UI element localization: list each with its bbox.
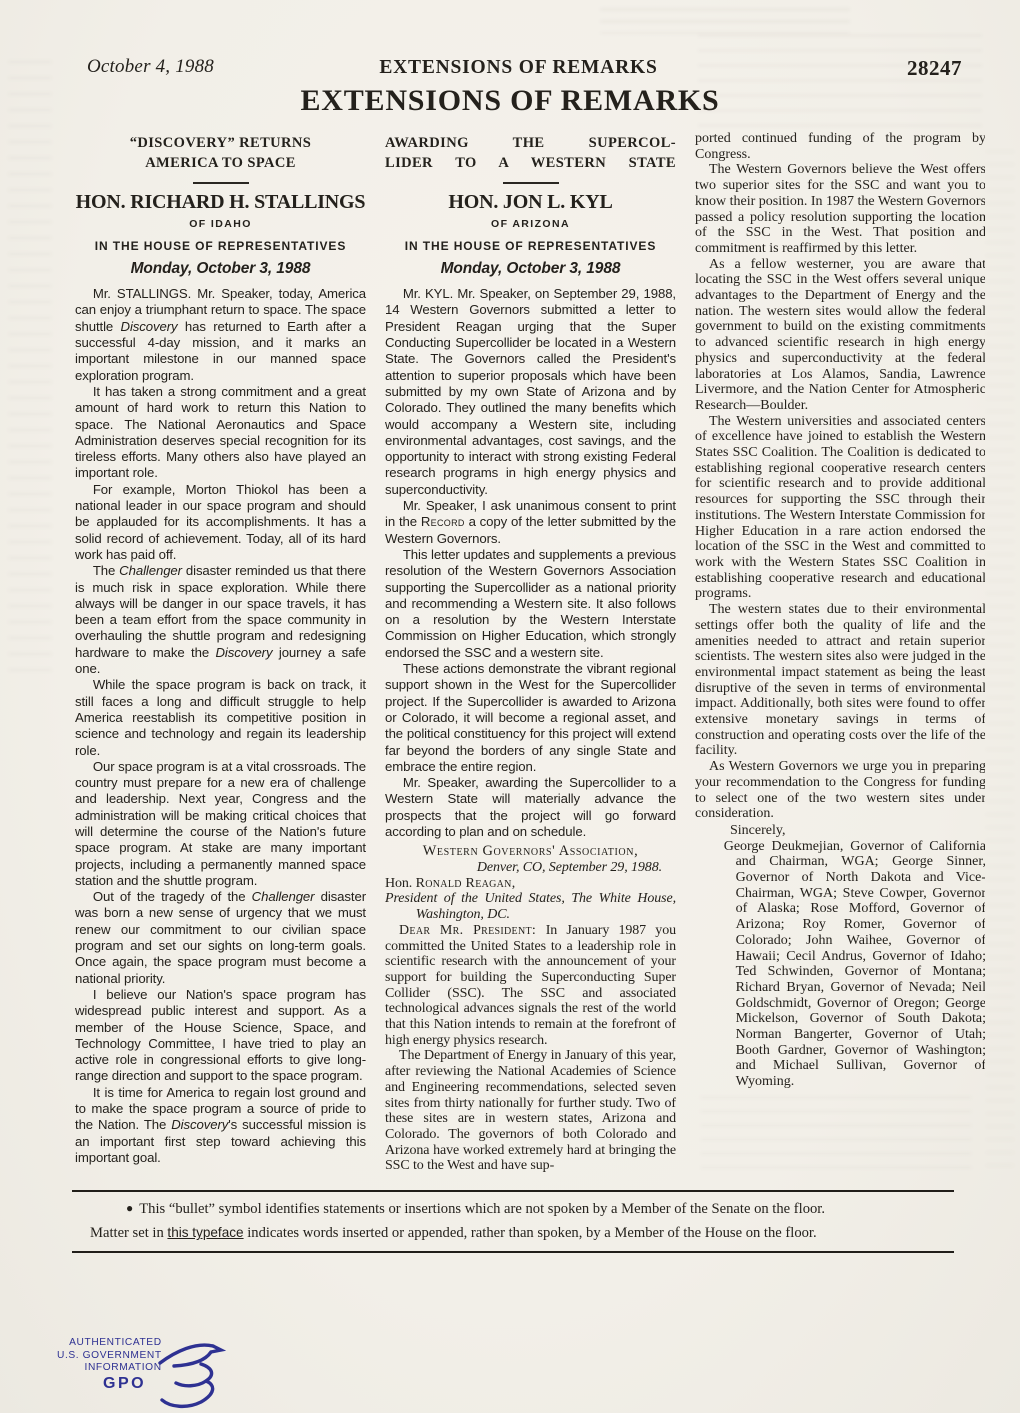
letter-closing: Sincerely, xyxy=(730,823,985,839)
speaker-name: HON. RICHARD H. STALLINGS xyxy=(75,194,366,210)
letter-sender: Western Governors' Association, xyxy=(385,844,676,860)
speaker-chamber: IN THE HOUSE OF REPRESENTATIVES xyxy=(385,238,676,254)
session-date: Monday, October 3, 1988 xyxy=(385,261,676,277)
speech-paragraph: These actions demonstrate the vibrant re… xyxy=(385,661,676,775)
speech-paragraph: It has taken a strong commitment and a g… xyxy=(75,384,366,482)
running-header-title: EXTENSIONS OF REMARKS xyxy=(75,57,962,79)
bullet-icon: ● xyxy=(126,1201,139,1215)
speech-paragraph: For example, Morton Thiokol has been a n… xyxy=(75,482,366,563)
article-title-discovery: “DISCOVERY” RETURNS AMERICA TO SPACE xyxy=(75,131,366,173)
letter-paragraph: Dear Mr. President: In January 1987 you … xyxy=(385,923,676,1049)
speaker-state: OF ARIZONA xyxy=(385,216,676,232)
letter-block: Western Governors' Association, Denver, … xyxy=(385,844,676,1174)
column-1: “DISCOVERY” RETURNS AMERICA TO SPACE HON… xyxy=(75,131,366,1187)
gpo-seal-text: AUTHENTICATED U.S. GOVERNMENT INFORMATIO… xyxy=(57,1337,162,1390)
letter-paragraph: The western states due to their environm… xyxy=(695,602,985,759)
gpo-eagle-icon xyxy=(156,1339,226,1413)
footer-bullet-note: ●This “bullet” symbol identifies stateme… xyxy=(74,1196,950,1221)
session-date: Monday, October 3, 1988 xyxy=(75,261,366,277)
letter-recipient: Hon. Ronald Reagan, xyxy=(385,876,676,892)
speech-paragraph: Mr. KYL. Mr. Speaker, on September 29, 1… xyxy=(385,286,676,498)
speaker-chamber: IN THE HOUSE OF REPRESENTATIVES xyxy=(75,238,366,254)
scan-artifact xyxy=(8,60,52,680)
column-2: AWARDING THE SUPERCOL- LIDER TO A WESTER… xyxy=(385,131,676,1187)
speech-paragraph: It is time for America to regain lost gr… xyxy=(75,1085,366,1166)
letter-paragraph: The Department of Energy in January of t… xyxy=(385,1048,676,1174)
scan-artifact xyxy=(600,8,850,34)
masthead: October 4, 1988 EXTENSIONS OF REMARKS 28… xyxy=(75,56,962,82)
title-divider xyxy=(193,182,249,184)
letter-paragraph: As Western Governors we urge you in prep… xyxy=(695,759,985,822)
page-footer: ●This “bullet” symbol identifies stateme… xyxy=(72,1190,954,1253)
letter-paragraph: The Western universities and associated … xyxy=(695,414,985,602)
speech-paragraph: This letter updates and supplements a pr… xyxy=(385,547,676,661)
speaker-name: HON. JON L. KYL xyxy=(385,194,676,210)
speech-paragraph: Our space program is at a vital crossroa… xyxy=(75,759,366,889)
speech-paragraph: Mr. Speaker, awarding the Supercollider … xyxy=(385,775,676,840)
letter-paragraph: As a fellow westerner, you are aware tha… xyxy=(695,257,985,414)
speech-paragraph: Mr. Speaker, I ask unanimous consent to … xyxy=(385,498,676,547)
gpo-line: INFORMATION xyxy=(57,1362,162,1375)
article-title-supercollider: AWARDING THE SUPERCOL- LIDER TO A WESTER… xyxy=(385,131,676,173)
letter-paragraph: The Western Governors believe the West o… xyxy=(695,162,985,256)
speech-paragraph: Mr. STALLINGS. Mr. Speaker, today, Ameri… xyxy=(75,286,366,384)
letter-place-date: Denver, CO, September 29, 1988. xyxy=(385,860,676,876)
speech-paragraph: The Challenger disaster reminded us that… xyxy=(75,563,366,677)
signature-list: George Deukmejian, Governor of Californi… xyxy=(736,839,985,1090)
scan-artifact xyxy=(986,150,1014,1170)
page-number: 28247 xyxy=(907,56,962,81)
footer-bullet-note-text: This “bullet” symbol identifies statemen… xyxy=(139,1201,825,1217)
three-column-layout: “DISCOVERY” RETURNS AMERICA TO SPACE HON… xyxy=(75,131,985,1187)
footer-rule-bottom xyxy=(72,1251,954,1253)
speech-paragraph: I believe our Nation's space program has… xyxy=(75,987,366,1085)
section-main-title: EXTENSIONS OF REMARKS xyxy=(0,84,1020,118)
congressional-record-page: October 4, 1988 EXTENSIONS OF REMARKS 28… xyxy=(0,0,1020,1413)
speech-paragraph: Out of the tragedy of the Challenger dis… xyxy=(75,889,366,987)
gpo-line: AUTHENTICATED xyxy=(57,1337,162,1350)
speaker-state: OF IDAHO xyxy=(75,216,366,232)
footer-typeface-note: Matter set in this typeface indicates wo… xyxy=(74,1221,950,1245)
gpo-abbr: GPO xyxy=(57,1378,162,1391)
gpo-authentication-seal: AUTHENTICATED U.S. GOVERNMENT INFORMATIO… xyxy=(57,1337,226,1413)
letter-recipient-title: President of the United States, The Whit… xyxy=(416,891,676,922)
letter-paragraph: ported continued funding of the program … xyxy=(695,131,985,162)
speech-paragraph: While the space program is back on track… xyxy=(75,677,366,758)
title-divider xyxy=(503,182,559,184)
gpo-line: U.S. GOVERNMENT xyxy=(57,1350,162,1363)
column-3: ported continued funding of the program … xyxy=(695,131,985,1187)
